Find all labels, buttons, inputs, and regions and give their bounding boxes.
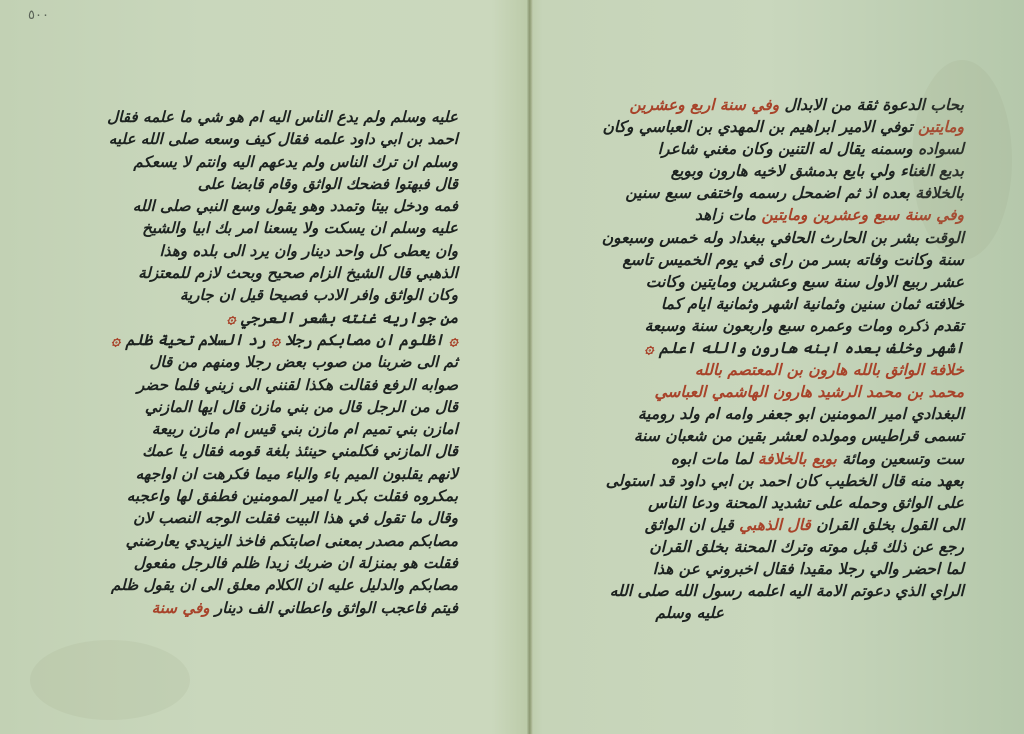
left-page-text: عليه وسلم ولم يدع الناس اليه ام هو شي ما… — [118, 106, 458, 619]
right-page-line: تقدم ذكره ومات وعمره سبع واربعون سنة وسب… — [574, 315, 964, 337]
body-text: امازن بني تميم ام مازن بني قيس ام مازن ر… — [152, 420, 458, 438]
left-page-line: قال المازني فكلمني حينئذ بلغة قومه فقال … — [118, 440, 458, 462]
rubric-text: ۞ — [444, 331, 458, 349]
rubric-text: محمد بن محمد الرشيد هارون الهاشمي العباس… — [654, 383, 964, 401]
body-text: لما مات ابوه — [671, 450, 753, 468]
right-page-line: خلافة الواثق بالله هارون بن المعتصم بالل… — [574, 359, 964, 381]
body-text: قال المازني فكلمني حينئذ بلغة قومه فقال … — [142, 442, 458, 460]
right-page-line: رجع عن ذلك قبل موته وترك المحنة بخلق الق… — [574, 536, 964, 558]
left-page-line: من جواريه غنته بشعر العرجي ۞ — [118, 307, 458, 329]
left-page-line: فيتم فاعجب الواثق واعطاني الف دينار وفي … — [118, 597, 458, 619]
left-page-line: فمه ودخل بيتا وتمدد وهو يقول وسع النبي ص… — [118, 195, 458, 217]
left-page-line: عليه وسلم ولم يدع الناس اليه ام هو شي ما… — [118, 106, 458, 128]
body-text: ست وتسعين ومائة — [837, 450, 964, 468]
left-page-line: الذهبي قال الشيخ الزام صحيح وبحث لازم لل… — [118, 262, 458, 284]
body-text: اظلوم ان مصابكم رجلا — [280, 331, 444, 349]
left-page-line: احمد بن ابي داود علمه فقال كيف وسعه صلى … — [118, 128, 458, 150]
left-page-line: قال فبهتوا فضحك الواثق وقام قابضا على — [118, 173, 458, 195]
right-page-line: لما احضر والي رجلا مقيدا فقال اخبروني عن… — [574, 558, 964, 580]
left-page-line: عليه وسلم ان يسكت ولا يسعنا امر بك ابيا … — [118, 217, 458, 239]
body-text: عليه وسلم ان يسكت ولا يسعنا امر بك ابيا … — [142, 219, 458, 237]
left-page-line: فقلت هو بمنزلة ان ضربك زيدا ظلم فالرجل م… — [118, 552, 458, 574]
body-text: لما احضر والي رجلا مقيدا فقال اخبروني عن… — [653, 560, 964, 578]
right-page-line: الوقت بشر بن الحارث الحافي ببغداد وله خم… — [574, 227, 964, 249]
body-text: رجع عن ذلك قبل موته وترك المحنة بخلق الق… — [649, 538, 964, 556]
body-text: رد السلام تحية ظلم — [120, 331, 266, 349]
right-page-line: على الواثق وحمله على تشديد المحنة ودعا ا… — [574, 492, 964, 514]
body-text: ثم الى ضربنا من صوب بعض رجلا ومنهم من قا… — [149, 353, 458, 371]
body-text: قال من الرجل قال من بني مازن قال ايها ال… — [145, 398, 458, 416]
body-text: الى القول بخلق القران — [811, 516, 964, 534]
right-page-line: ومايتين توفي الامير ابراهيم بن المهدي بن… — [574, 116, 964, 138]
body-text: تسمى قراطيس ومولده لعشر بقين من شعبان سن… — [634, 427, 964, 445]
right-page-line: لسواده وسمنه يقال له التنين وكان مغني شا… — [574, 138, 964, 160]
rubric-text: ۞ — [645, 339, 654, 357]
left-page-line: امازن بني تميم ام مازن بني قيس ام مازن ر… — [118, 418, 458, 440]
left-page-line: مصابكم مصدر بمعنى اصابتكم فاخذ اليزيدي ي… — [118, 530, 458, 552]
body-text: تقدم ذكره ومات وعمره سبع واربعون سنة وسب… — [645, 317, 964, 335]
left-page-line: مصابكم والدليل عليه ان الكلام معلق الى ا… — [118, 574, 458, 596]
body-text: احمد بن ابي داود علمه فقال كيف وسعه صلى … — [109, 130, 458, 148]
body-text: وان يعطى كل واحد دينار وان يرد الى بلده … — [160, 242, 458, 260]
folio-number: ٥٠٠ — [28, 8, 49, 23]
body-text: مصابكم مصدر بمعنى اصابتكم فاخذ اليزيدي ي… — [126, 532, 458, 550]
body-text: الذهبي قال الشيخ الزام صحيح وبحث لازم لل… — [138, 264, 458, 282]
right-page-line: عليه وسلم — [574, 602, 964, 624]
left-page-line: وان يعطى كل واحد دينار وان يرد الى بلده … — [118, 240, 458, 262]
right-page-text: بحاب الدعوة ثقة من الابدال وفي سنة اربع … — [574, 94, 964, 624]
left-page-line: قال من الرجل قال من بني مازن قال ايها ال… — [118, 396, 458, 418]
body-text: فمه ودخل بيتا وتمدد وهو يقول وسع النبي ص… — [133, 197, 458, 215]
left-page-line: بمكروه فقلت بكر يا امير المومنين فطفق له… — [118, 485, 458, 507]
body-text: على الواثق وحمله على تشديد المحنة ودعا ا… — [648, 494, 964, 512]
rubric-text: قال الذهبي — [734, 516, 811, 534]
rubric-text: وفي سنة — [152, 599, 210, 617]
right-page-line: تسمى قراطيس ومولده لعشر بقين من شعبان سن… — [574, 425, 964, 447]
right-page-line: بحاب الدعوة ثقة من الابدال وفي سنة اربع … — [574, 94, 964, 116]
left-page-line: وكان الواثق وافر الادب فصيحا قيل ان جاري… — [118, 284, 458, 306]
left-page-line: لانهم يقلبون الميم باء والباء ميما فكرهت… — [118, 463, 458, 485]
right-page-line: اشهر وخلف بعده ابنه هارون والله اعلم ۞ — [574, 337, 964, 359]
rubric-text: وفي سنة اربع وعشرين — [630, 96, 780, 114]
body-text: من جواريه غنته بشعر العرجي — [236, 309, 458, 327]
right-page-line: بديع الغناء ولي بايع بدمشق لاخيه هارون و… — [574, 160, 964, 182]
right-page-line: خلافته ثمان سنين وثمانية اشهر وثمانية اي… — [574, 293, 964, 315]
body-text: الراي الذي دعوتم الامة اليه اعلمه رسول ا… — [610, 582, 964, 600]
rubric-text: ۞ — [111, 331, 120, 349]
right-page-line: محمد بن محمد الرشيد هارون الهاشمي العباس… — [574, 381, 964, 403]
right-page-line: الى القول بخلق القران قال الذهبي قيل ان … — [574, 514, 964, 536]
paper-stain — [912, 60, 1012, 260]
body-text: الوقت بشر بن الحارث الحافي ببغداد وله خم… — [602, 229, 964, 247]
left-page: ٥٠٠ عليه وسلم ولم يدع الناس اليه ام هو ش… — [0, 0, 528, 734]
body-text: عشر ربيع الاول سنة سبع وعشرين ومايتين وك… — [646, 273, 964, 291]
body-text: عليه وسلم ولم يدع الناس اليه ام هو شي ما… — [107, 108, 458, 126]
right-page-line: البغدادي امير المومنين ابو جعفر وامه ام … — [574, 403, 964, 425]
right-page-line: عشر ربيع الاول سنة سبع وعشرين ومايتين وك… — [574, 271, 964, 293]
right-page-line: ست وتسعين ومائة بويع بالخلافة لما مات اب… — [574, 448, 964, 470]
paper-stain — [30, 640, 190, 720]
right-page: بحاب الدعوة ثقة من الابدال وفي سنة اربع … — [532, 0, 1024, 734]
left-page-line: وسلم ان ترك الناس ولم يدعهم اليه وانتم ل… — [118, 151, 458, 173]
body-text: وسلم ان ترك الناس ولم يدعهم اليه وانتم ل… — [133, 153, 458, 171]
left-page-line: ثم الى ضربنا من صوب بعض رجلا ومنهم من قا… — [118, 351, 458, 373]
rubric-text: ۞ — [227, 309, 236, 327]
body-text: توفي الامير ابراهيم بن المهدي بن العباسي… — [602, 118, 912, 136]
right-page-line: الراي الذي دعوتم الامة اليه اعلمه رسول ا… — [574, 580, 964, 602]
left-page-line: وقال ما تقول في هذا البيت فقلت الوجه الن… — [118, 507, 458, 529]
body-text: سنة وكانت وفاته بسر من راى في يوم الخميس… — [622, 251, 964, 269]
rubric-text: ۞ — [266, 331, 280, 349]
right-page-line: سنة وكانت وفاته بسر من راى في يوم الخميس… — [574, 249, 964, 271]
body-text: بمكروه فقلت بكر يا امير المومنين فطفق له… — [127, 487, 458, 505]
manuscript-spread: ٥٠٠ عليه وسلم ولم يدع الناس اليه ام هو ش… — [0, 0, 1024, 734]
body-text: مات زاهد — [695, 206, 756, 224]
rubric-text: خلافة الواثق بالله هارون بن المعتصم بالل… — [695, 361, 964, 379]
body-text: فيتم فاعجب الواثق واعطاني الف دينار — [210, 599, 458, 617]
right-page-line: بعهد منه قال الخطيب كان احمد بن ابي داود… — [574, 470, 964, 492]
body-text: وقال ما تقول في هذا البيت فقلت الوجه الن… — [133, 509, 458, 527]
body-text: البغدادي امير المومنين ابو جعفر وامه ام … — [638, 405, 964, 423]
right-page-line: بالخلافة بعده اذ ثم اضمحل رسمه واختفى سب… — [574, 182, 964, 204]
left-page-line: صوابه الرفع فقالت هكذا لقنني الى زيني فل… — [118, 374, 458, 396]
body-text: فقلت هو بمنزلة ان ضربك زيدا ظلم فالرجل م… — [134, 554, 458, 572]
body-text: مصابكم والدليل عليه ان الكلام معلق الى ا… — [111, 576, 458, 594]
right-page-line: وفي سنة سبع وعشرين ومايتين مات زاهد — [574, 204, 964, 226]
body-text: بعهد منه قال الخطيب كان احمد بن ابي داود… — [606, 472, 964, 490]
body-text: وكان الواثق وافر الادب فصيحا قيل ان جاري… — [180, 286, 458, 304]
body-text: صوابه الرفع فقالت هكذا لقنني الى زيني فل… — [137, 376, 458, 394]
body-text: قال فبهتوا فضحك الواثق وقام قابضا على — [198, 175, 458, 193]
left-page-line: ۞ اظلوم ان مصابكم رجلا ۞ رد السلام تحية … — [118, 329, 458, 351]
body-text: قيل ان الواثق — [645, 516, 734, 534]
rubric-text: بويع بالخلافة — [752, 450, 836, 468]
body-text: لانهم يقلبون الميم باء والباء ميما فكرهت… — [136, 465, 458, 483]
body-text: اشهر وخلف بعده ابنه هارون والله اعلم — [654, 339, 964, 357]
body-text: خلافته ثمان سنين وثمانية اشهر وثمانية اي… — [661, 295, 964, 313]
body-text: عليه وسلم — [655, 604, 724, 622]
